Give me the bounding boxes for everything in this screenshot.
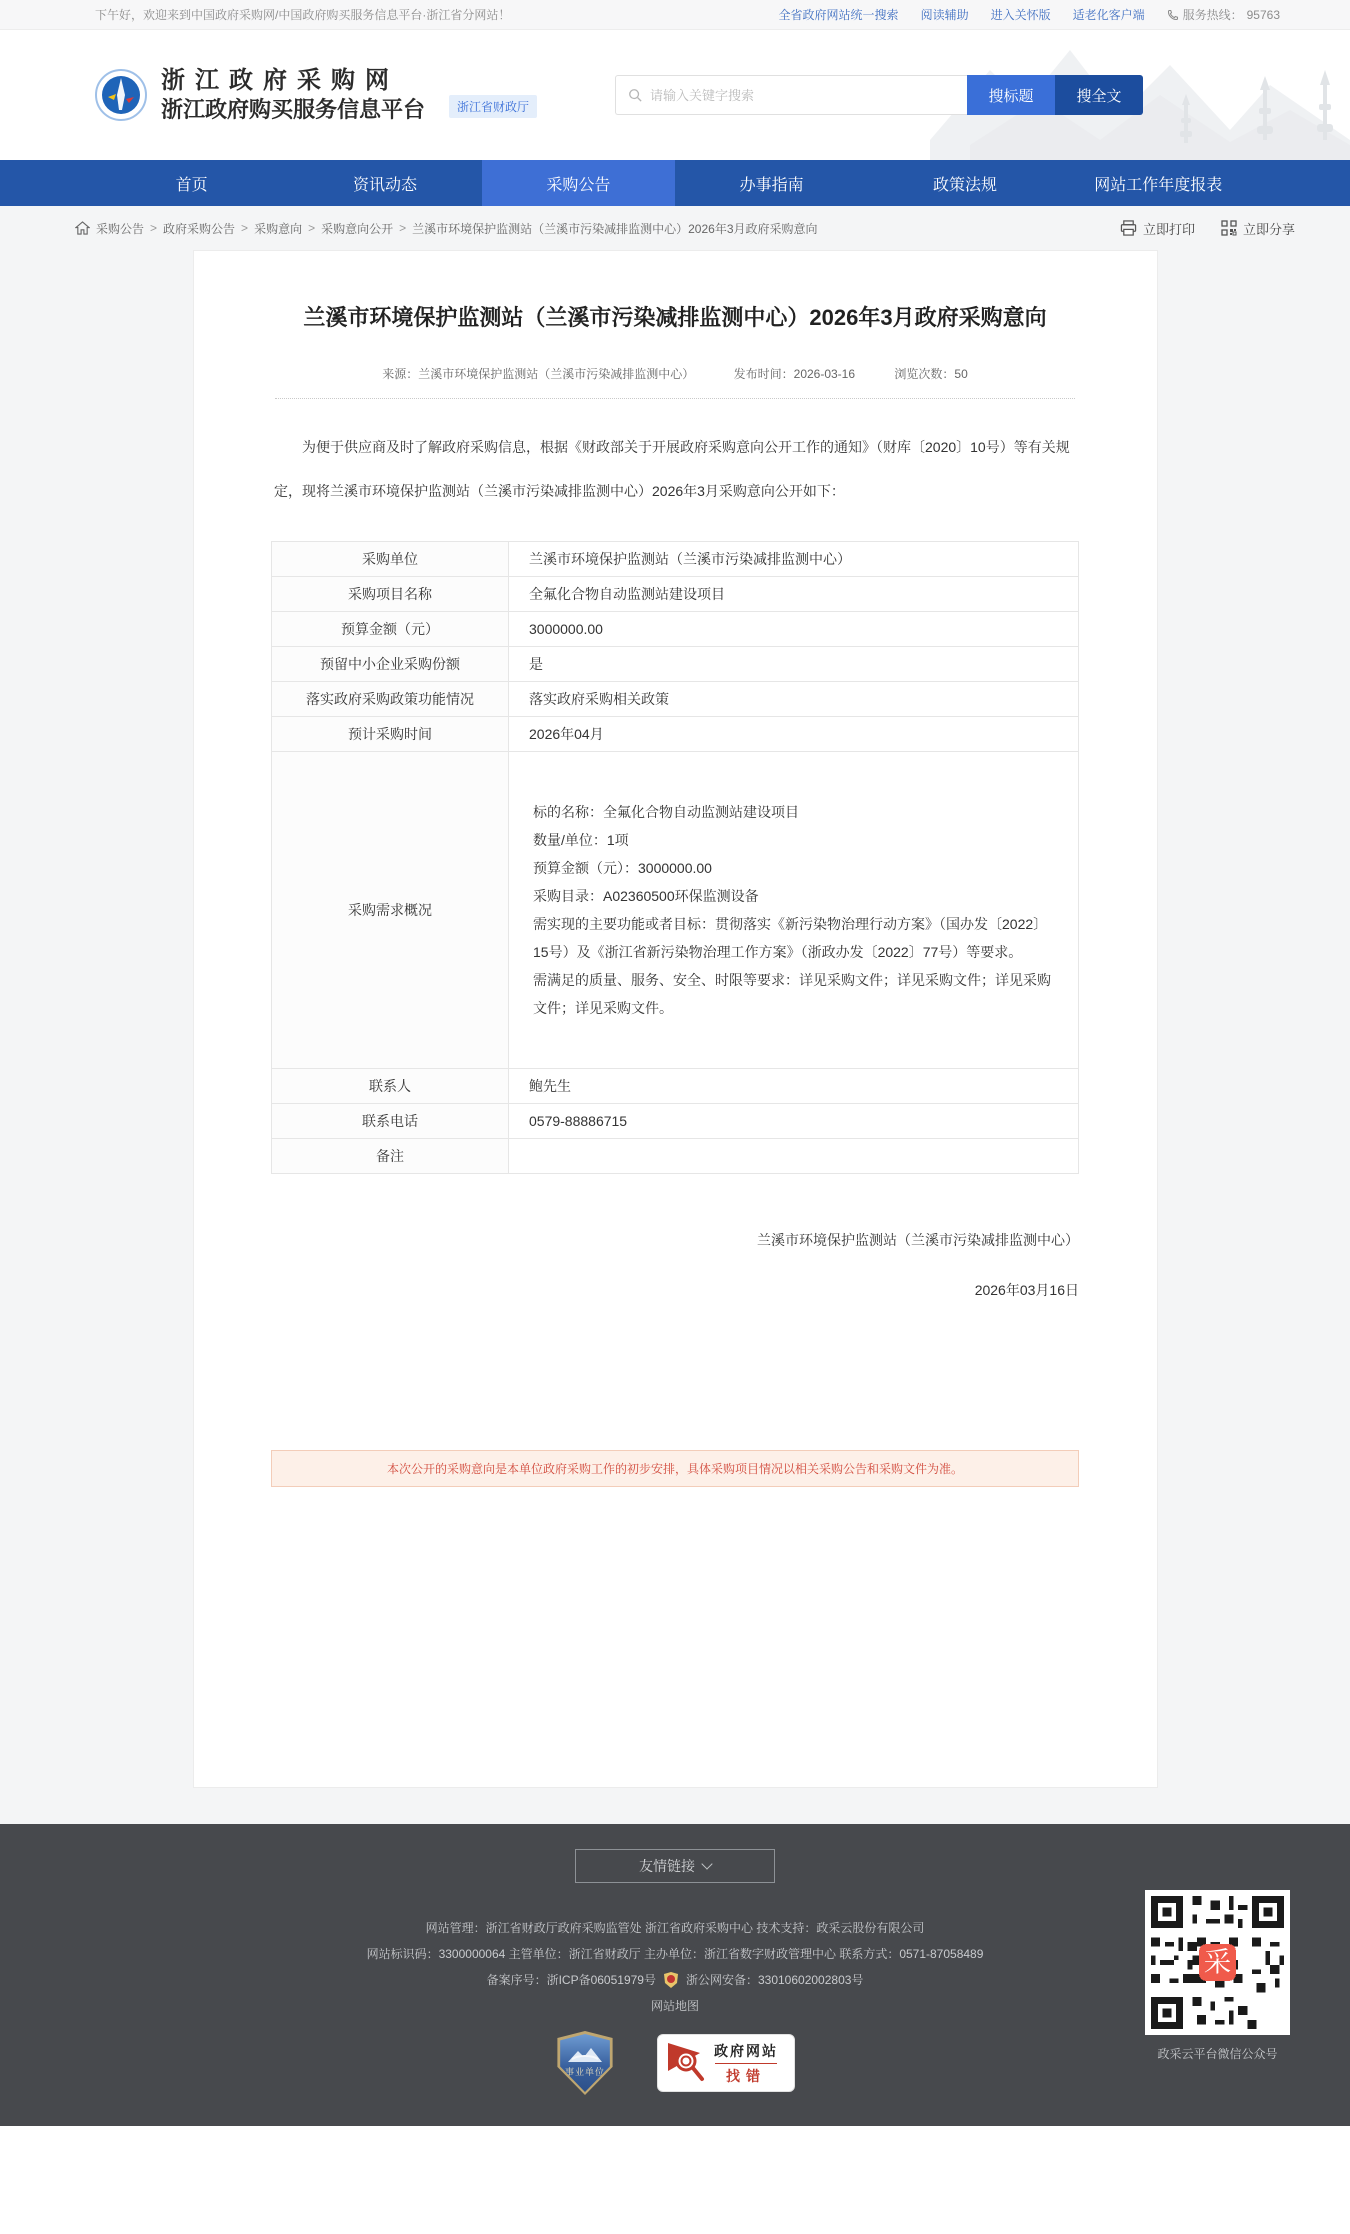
shield-badge-label: 事业单位	[565, 2065, 605, 2078]
row-value: 兰溪市环境保护监测站（兰溪市污染减排监测中心）	[509, 542, 1079, 577]
source-value: 兰溪市环境保护监测站（兰溪市污染减排监测中心）	[418, 367, 694, 381]
row-label: 联系人	[272, 1069, 509, 1104]
finance-dept-badge: 浙江省财政厅	[449, 95, 537, 118]
welcome-text: 下午好，欢迎来到中国政府采购网/中国政府购买服务信息平台·浙江省分网站！	[95, 6, 510, 23]
topbar-link-reading-aid[interactable]: 阅读辅助	[921, 6, 969, 23]
table-row: 落实政府采购政策功能情况 落实政府采购相关政策	[272, 682, 1079, 717]
service-hotline: 服务热线：95763	[1167, 6, 1280, 23]
police-badge-icon	[664, 1972, 678, 1988]
nav-item-service-guide[interactable]: 办事指南	[675, 160, 868, 206]
row-value: 落实政府采购相关政策	[509, 682, 1079, 717]
phone-icon	[1167, 9, 1179, 21]
nav-item-policies[interactable]: 政策法规	[868, 160, 1061, 206]
signature-block: 兰溪市环境保护监测站（兰溪市污染减排监测中心） 2026年03月16日	[271, 1230, 1079, 1300]
site-title: 浙江政府采购网	[161, 66, 425, 96]
breadcrumb-item-notices[interactable]: 采购公告	[96, 220, 144, 237]
table-row: 联系电话 0579-88886715	[272, 1104, 1079, 1139]
breadcrumb-item-intention-open[interactable]: 采购意向公开	[321, 220, 393, 237]
row-value	[509, 1139, 1079, 1174]
error-badge-action: 找错	[726, 2066, 766, 2086]
signature-org: 兰溪市环境保护监测站（兰溪市污染减排监测中心）	[271, 1230, 1079, 1250]
row-label: 预算金额（元）	[272, 612, 509, 647]
table-row: 预留中小企业采购份额 是	[272, 647, 1079, 682]
magnifier-flag-icon	[666, 2041, 706, 2085]
search-title-button[interactable]: 搜标题	[967, 75, 1055, 115]
site-header: 浙江政府采购网 浙江政府购买服务信息平台 浙江省财政厅 搜标题 搜全文	[0, 30, 1350, 160]
table-row: 采购项目名称 全氟化合物自动监测站建设项目	[272, 577, 1079, 612]
table-row: 备注	[272, 1139, 1079, 1174]
row-label: 预计采购时间	[272, 717, 509, 752]
table-row: 采购单位 兰溪市环境保护监测站（兰溪市污染减排监测中心）	[272, 542, 1079, 577]
row-label: 预留中小企业采购份额	[272, 647, 509, 682]
row-label: 落实政府采购政策功能情况	[272, 682, 509, 717]
nav-item-annual-report[interactable]: 网站工作年度报表	[1062, 160, 1255, 206]
site-subtitle: 浙江政府购买服务信息平台	[161, 96, 425, 124]
public-institution-shield-badge[interactable]: 事业单位	[555, 2031, 615, 2095]
row-label: 采购单位	[272, 542, 509, 577]
row-label: 采购项目名称	[272, 577, 509, 612]
printer-icon	[1120, 220, 1137, 236]
breadcrumb-item-intention[interactable]: 采购意向	[254, 220, 302, 237]
breadcrumb-separator: >	[150, 221, 157, 235]
article-card: 兰溪市环境保护监测站（兰溪市污染减排监测中心）2026年3月政府采购意向 来源：…	[193, 250, 1158, 1788]
chevron-down-icon	[701, 1858, 712, 1869]
police-record-link[interactable]: 浙公网安备：33010602002803号	[686, 1967, 863, 1993]
top-utility-bar: 下午好，欢迎来到中国政府采购网/中国政府购买服务信息平台·浙江省分网站！ 全省政…	[0, 0, 1350, 30]
search-fulltext-button[interactable]: 搜全文	[1055, 75, 1143, 115]
row-value: 全氟化合物自动监测站建设项目	[509, 577, 1079, 612]
site-logo[interactable]: 浙江政府采购网 浙江政府购买服务信息平台 浙江省财政厅	[95, 66, 537, 124]
views-label: 浏览次数：	[894, 367, 954, 381]
site-footer: 友情链接 网站管理：浙江省财政厅政府采购监管处 浙江省政府采购中心 技术支持：政…	[0, 1824, 1350, 2126]
breadcrumb-item-gov-notices[interactable]: 政府采购公告	[163, 220, 235, 237]
row-value: 鲍先生	[509, 1069, 1079, 1104]
row-value: 3000000.00	[509, 612, 1079, 647]
page-title: 兰溪市环境保护监测站（兰溪市污染减排监测中心）2026年3月政府采购意向	[280, 251, 1070, 335]
row-value: 2026年04月	[509, 717, 1079, 752]
logo-emblem-icon	[95, 69, 147, 121]
mountain-mark-icon	[568, 2048, 602, 2062]
qrcode-icon	[1221, 220, 1237, 236]
qr-caption: 政采云平台微信公众号	[1145, 2045, 1290, 2062]
breadcrumb-separator: >	[308, 221, 315, 235]
hotline-number: 95763	[1247, 8, 1280, 22]
shield-body: 事业单位	[558, 2034, 612, 2092]
article-meta: 来源：兰溪市环境保护监测站（兰溪市污染减排监测中心） 发布时间：2026-03-…	[194, 365, 1157, 382]
row-value: 是	[509, 647, 1079, 682]
row-label: 采购需求概况	[272, 752, 509, 1069]
publish-date-label: 发布时间：	[734, 367, 794, 381]
breadcrumb-separator: >	[241, 221, 248, 235]
table-row-requirements: 采购需求概况 标的名称：全氟化合物自动监测站建设项目 数量/单位：1项 预算金额…	[272, 752, 1079, 1069]
requirements-summary: 标的名称：全氟化合物自动监测站建设项目 数量/单位：1项 预算金额（元）：300…	[509, 752, 1079, 1069]
home-icon[interactable]	[75, 221, 90, 235]
topbar-link-elderly-client[interactable]: 适老化客户端	[1073, 6, 1145, 23]
svg-text:采: 采	[1204, 1946, 1232, 1977]
breadcrumb-bar: 采购公告 > 政府采购公告 > 采购意向 > 采购意向公开 > 兰溪市环境保护监…	[45, 206, 1305, 250]
nav-item-home[interactable]: 首页	[95, 160, 288, 206]
nav-item-procurement-notices[interactable]: 采购公告	[482, 160, 675, 206]
procurement-info-table: 采购单位 兰溪市环境保护监测站（兰溪市污染减排监测中心） 采购项目名称 全氟化合…	[271, 541, 1079, 1174]
row-value: 0579-88886715	[509, 1104, 1079, 1139]
breadcrumb: 采购公告 > 政府采购公告 > 采购意向 > 采购意向公开 > 兰溪市环境保护监…	[75, 220, 818, 237]
publish-date-value: 2026-03-16	[794, 367, 855, 381]
header-search: 搜标题 搜全文	[615, 75, 1143, 115]
disclaimer-banner: 本次公开的采购意向是本单位政府采购工作的初步安排，具体采购项目情况以相关采购公告…	[271, 1450, 1079, 1487]
share-button[interactable]: 立即分享	[1221, 219, 1295, 238]
topbar-link-care-version[interactable]: 进入关怀版	[991, 6, 1051, 23]
share-label: 立即分享	[1243, 219, 1295, 238]
error-badge-divider	[715, 2063, 777, 2064]
main-navigation: 首页 资讯动态 采购公告 办事指南 政策法规 网站工作年度报表	[0, 160, 1350, 206]
qr-code: 采	[1145, 1890, 1290, 2035]
breadcrumb-separator: >	[399, 221, 406, 235]
print-button[interactable]: 立即打印	[1120, 219, 1195, 238]
row-label: 联系电话	[272, 1104, 509, 1139]
wechat-qr-block: 采 政采云平台微信公众号	[1145, 1890, 1290, 2062]
intro-paragraph: 为便于供应商及时了解政府采购信息，根据《财政部关于开展政府采购意向公开工作的通知…	[274, 425, 1076, 513]
views-value: 50	[954, 367, 967, 381]
table-row: 联系人 鲍先生	[272, 1069, 1079, 1104]
icp-record-link[interactable]: 备案序号：浙ICP备06051979号	[487, 1967, 656, 1993]
breadcrumb-item-current: 兰溪市环境保护监测站（兰溪市污染减排监测中心）2026年3月政府采购意向	[412, 220, 817, 237]
table-row: 预计采购时间 2026年04月	[272, 717, 1079, 752]
row-label: 备注	[272, 1139, 509, 1174]
friend-links-dropdown[interactable]: 友情链接	[575, 1849, 775, 1883]
print-label: 立即打印	[1143, 219, 1195, 238]
sitemap-link[interactable]: 网站地图	[651, 1993, 699, 2019]
dotted-divider	[275, 398, 1075, 399]
source-label: 来源：	[382, 367, 418, 381]
friend-links-label: 友情链接	[639, 1856, 695, 1876]
nav-item-news[interactable]: 资讯动态	[288, 160, 481, 206]
hotline-label: 服务热线：	[1183, 6, 1243, 23]
search-input[interactable]	[650, 88, 955, 103]
error-badge-title: 政府网站	[714, 2041, 778, 2061]
topbar-link-unified-search[interactable]: 全省政府网站统一搜索	[779, 6, 899, 23]
search-icon	[628, 88, 642, 102]
gov-site-error-report-badge[interactable]: 政府网站 找错	[657, 2034, 795, 2092]
table-row: 预算金额（元） 3000000.00	[272, 612, 1079, 647]
signature-date: 2026年03月16日	[271, 1280, 1079, 1300]
